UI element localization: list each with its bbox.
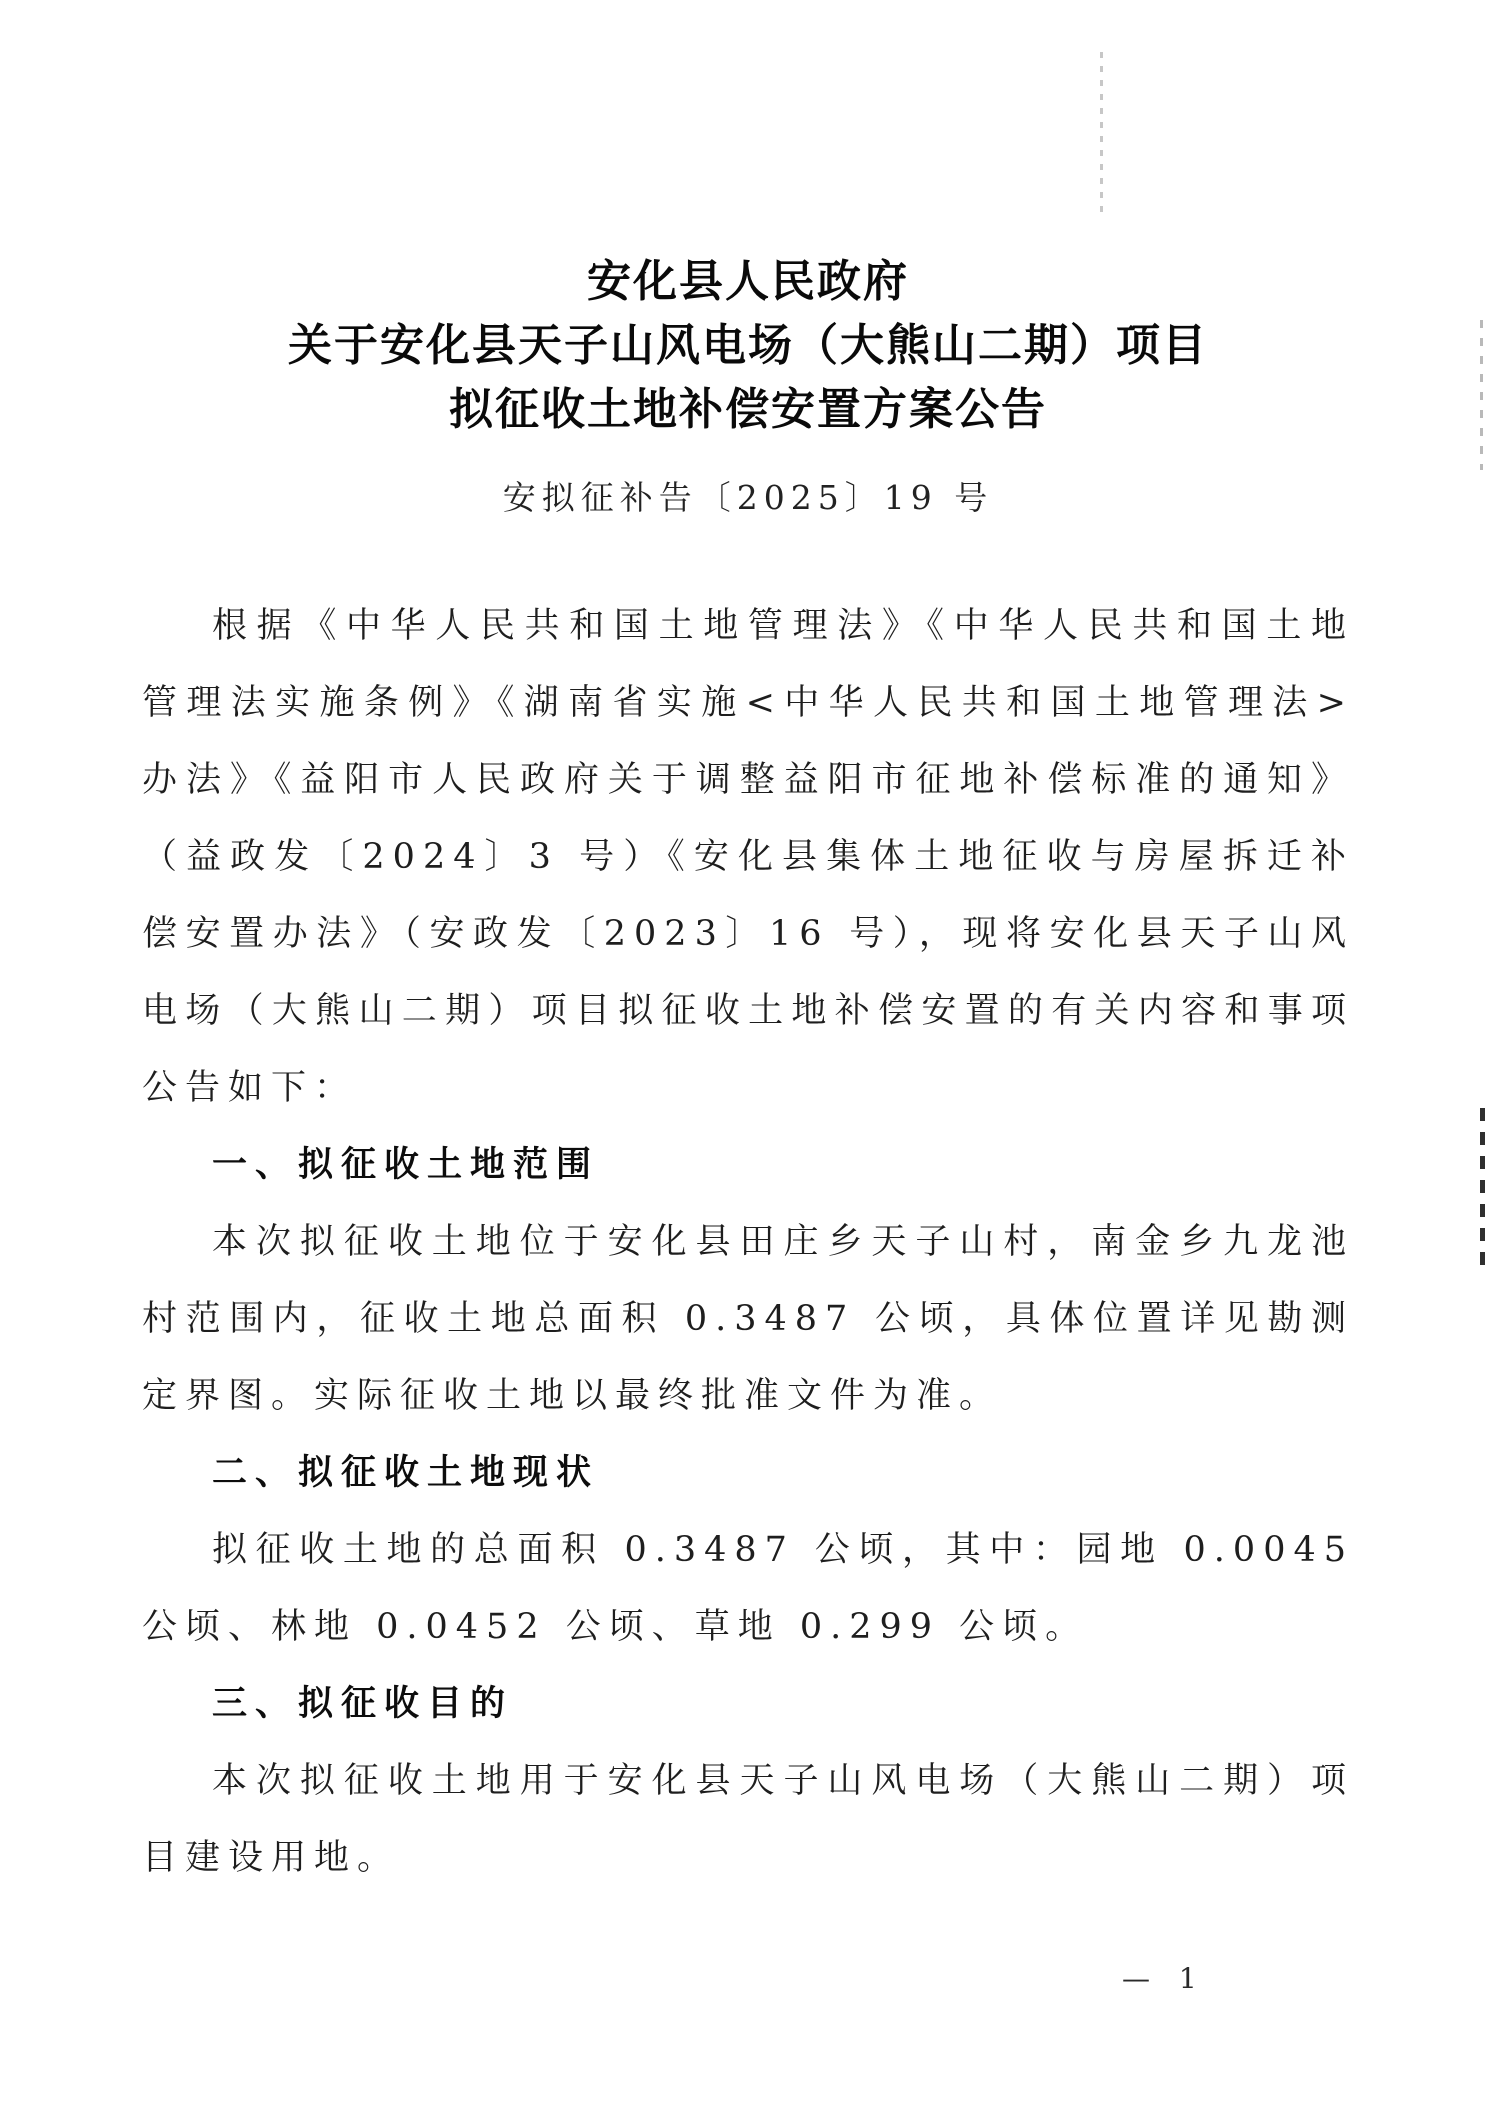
section-1-heading: 一、拟征收土地范围: [142, 1127, 1354, 1204]
document-title-line-1: 安化县人民政府: [142, 250, 1354, 314]
page-number: — 1: [1122, 1962, 1207, 1995]
scan-artifact: [1480, 320, 1483, 470]
scan-artifact: [1480, 1108, 1485, 1273]
document-title: 安化县人民政府 关于安化县天子山风电场（大熊山二期）项目 拟征收土地补偿安置方案…: [142, 250, 1354, 442]
section-2-body: 拟征收土地的总面积 0.3487 公顷，其中：园地 0.0045 公顷、林地 0…: [142, 1512, 1354, 1666]
document-content: 安化县人民政府 关于安化县天子山风电场（大熊山二期）项目 拟征收土地补偿安置方案…: [142, 250, 1354, 1897]
document-page: 安化县人民政府 关于安化县天子山风电场（大熊山二期）项目 拟征收土地补偿安置方案…: [0, 0, 1488, 2104]
intro-paragraph: 根据《中华人民共和国土地管理法》《中华人民共和国土地管理法实施条例》《湖南省实施…: [142, 588, 1354, 1127]
document-body: 根据《中华人民共和国土地管理法》《中华人民共和国土地管理法实施条例》《湖南省实施…: [142, 588, 1354, 1897]
section-2-heading: 二、拟征收土地现状: [142, 1435, 1354, 1512]
section-3-body: 本次拟征收土地用于安化县天子山风电场（大熊山二期）项目建设用地。: [142, 1743, 1354, 1897]
document-title-line-2: 关于安化县天子山风电场（大熊山二期）项目: [142, 314, 1354, 378]
section-3-heading: 三、拟征收目的: [142, 1666, 1354, 1743]
section-1-body: 本次拟征收土地位于安化县田庄乡天子山村，南金乡九龙池村范围内，征收土地总面积 0…: [142, 1204, 1354, 1435]
document-title-line-3: 拟征收土地补偿安置方案公告: [142, 378, 1354, 442]
document-number: 安拟征补告〔2025〕19 号: [142, 476, 1354, 520]
scan-artifact: [1100, 52, 1103, 212]
